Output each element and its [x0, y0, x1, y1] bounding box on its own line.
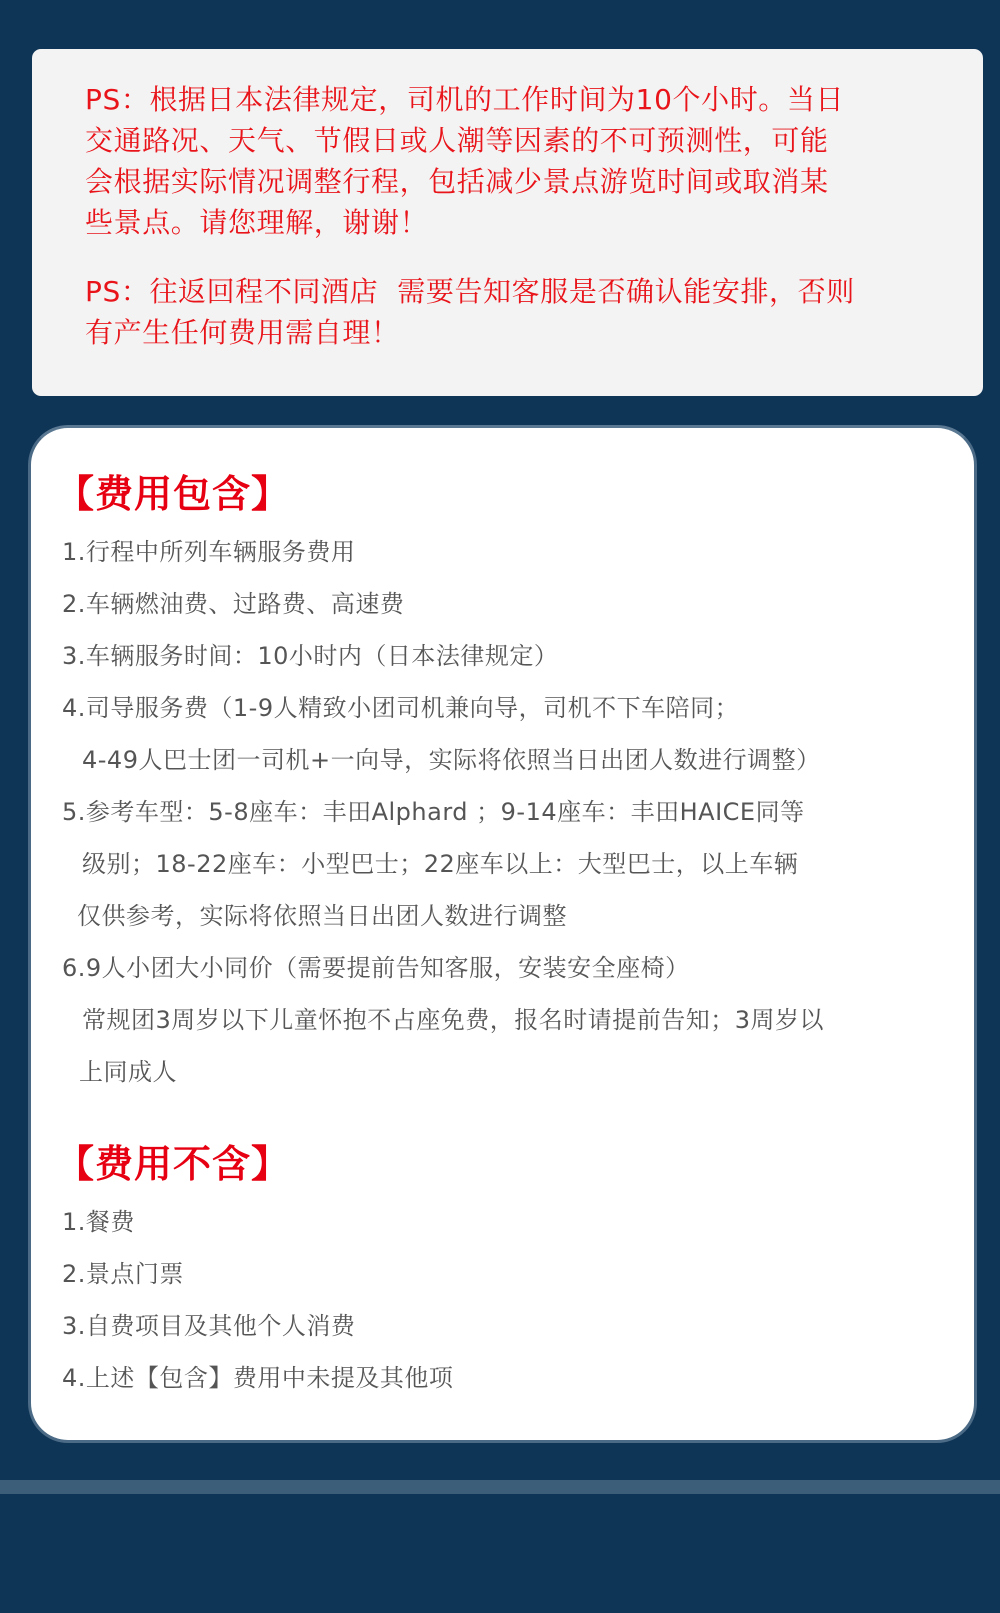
- notice-line: PS：往返回程不同酒店 需要告知客服是否确认能安排，否则: [85, 275, 855, 308]
- included-section-title: 【费用包含】: [56, 468, 944, 520]
- included-item: 2.车辆燃油费、过路费、高速费: [62, 578, 944, 630]
- included-item-continued: 4-49人巴士团一司机+一向导，实际将依照当日出团人数进行调整）: [62, 734, 944, 786]
- included-list: 1.行程中所列车辆服务费用 2.车辆燃油费、过路费、高速费 3.车辆服务时间：1…: [62, 526, 944, 1098]
- included-item: 1.行程中所列车辆服务费用: [62, 526, 944, 578]
- notice-line: 会根据实际情况调整行程，包括减少景点游览时间或取消某: [85, 165, 829, 198]
- included-item: 3.车辆服务时间：10小时内（日本法律规定）: [62, 630, 944, 682]
- included-item-continued: 级别；18-22座车：小型巴士；22座车以上：大型巴士，以上车辆: [62, 838, 944, 890]
- notice-card: PS：根据日本法律规定，司机的工作时间为10个小时。当日 交通路况、天气、节假日…: [32, 49, 983, 396]
- included-item: 6.9人小团大小同价（需要提前告知客服，安装安全座椅）: [62, 942, 944, 994]
- excluded-item: 1.餐费: [62, 1196, 944, 1248]
- notice-line: 交通路况、天气、节假日或人潮等因素的不可预测性，可能: [85, 124, 829, 157]
- excluded-item: 2.景点门票: [62, 1248, 944, 1300]
- included-item: 4.司导服务费（1-9人精致小团司机兼向导，司机不下车陪同；: [62, 682, 944, 734]
- excluded-list: 1.餐费 2.景点门票 3.自费项目及其他个人消费 4.上述【包含】费用中未提及…: [62, 1196, 944, 1404]
- included-item-continued: 常规团3周岁以下儿童怀抱不占座免费，报名时请提前告知；3周岁以: [62, 994, 944, 1046]
- fee-info-card: 【费用包含】 1.行程中所列车辆服务费用 2.车辆燃油费、过路费、高速费 3.车…: [28, 425, 977, 1443]
- notice-line: 些景点。请您理解，谢谢！: [85, 206, 428, 239]
- excluded-item: 4.上述【包含】费用中未提及其他项: [62, 1352, 944, 1404]
- included-item-continued: 上同成人: [62, 1046, 944, 1098]
- notice-paragraph-driver-hours: PS：根据日本法律规定，司机的工作时间为10个小时。当日 交通路况、天气、节假日…: [85, 79, 943, 243]
- included-item-continued: 仅供参考，实际将依照当日出团人数进行调整: [62, 890, 944, 942]
- notice-line: PS：根据日本法律规定，司机的工作时间为10个小时。当日: [85, 83, 844, 116]
- footer-divider-band: [0, 1480, 1000, 1494]
- section-spacer: [62, 1098, 944, 1138]
- notice-paragraph-hotel: PS：往返回程不同酒店 需要告知客服是否确认能安排，否则 有产生任何费用需自理！: [85, 271, 943, 353]
- excluded-section-title: 【费用不含】: [56, 1138, 944, 1190]
- included-item: 5.参考车型：5-8座车：丰田Alphard ；9-14座车：丰田HAICE同等: [62, 786, 944, 838]
- notice-line: 有产生任何费用需自理！: [85, 316, 400, 349]
- excluded-item: 3.自费项目及其他个人消费: [62, 1300, 944, 1352]
